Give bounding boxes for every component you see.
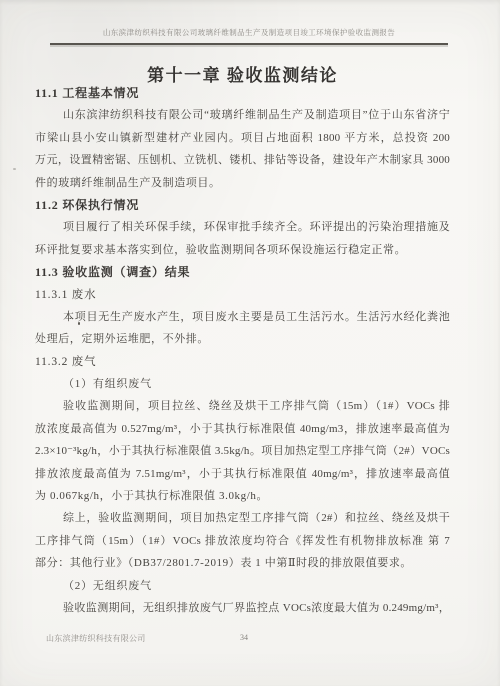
- paragraph-line: 为 0.067kg/h，小于其执行标准限值 3.0kg/h。: [35, 485, 450, 507]
- paragraph-line: 处理后，定期外运堆肥，不外排。: [35, 328, 450, 350]
- scan-speck: [78, 322, 80, 325]
- paragraph-line: 市梁山县小安山镇新型建材产业园内。项目占地面积 1800 平方米，总投资 200: [35, 127, 450, 149]
- paragraph-line: 验收监测期间，无组织排放废气厂界监控点 VOCs浓度最大值为 0.249mg/m…: [35, 597, 450, 619]
- scan-speck: [13, 168, 16, 170]
- section-heading-11-2: 11.2 环保执行情况: [35, 194, 450, 216]
- section-heading-11-1: 11.1 工程基本情况: [35, 82, 450, 104]
- paragraph-line: 件的玻璃纤维制品生产及制造项目。: [35, 172, 450, 194]
- header-rule: [50, 43, 448, 45]
- paragraph-line: 排放浓度最高值为 7.51mg/m³，小于其执行标准限值 40mg/m³，排放速…: [35, 463, 450, 485]
- paragraph-line: 放浓度最高值为 0.527mg/m³，小于其执行标准限值 40mg/m3，排放速…: [35, 418, 450, 440]
- list-item-unorganized-gas: （2）无组织废气: [35, 575, 450, 597]
- document-page: 山东滨津纺织科技有限公司玻璃纤维制品生产及制造项目竣工环境保护验收监测报告 第十…: [0, 0, 500, 686]
- section-heading-11-3: 11.3 验收监测（调查）结果: [35, 261, 450, 283]
- paragraph-line: 项目履行了相关环保手续，环保审批手续齐全。环评提出的污染治理措施及: [35, 216, 450, 238]
- list-item-organized-gas: （1）有组织废气: [35, 373, 450, 395]
- subsection-heading-11-3-1: 11.3.1 废水: [35, 284, 450, 306]
- footer-company: 山东滨津纺织科技有限公司: [46, 633, 146, 644]
- paragraph-line: 环评批复要求基本落实到位，验收监测期间各项环保设施运行稳定正常。: [35, 239, 450, 261]
- paragraph-line: 综上，验收监测期间，项目加热定型工序排气筒（2#）和拉丝、绕丝及烘干: [35, 507, 450, 529]
- running-header: 山东滨津纺织科技有限公司玻璃纤维制品生产及制造项目竣工环境保护验收监测报告: [50, 27, 448, 38]
- document-body: 11.1 工程基本情况 山东滨津纺织科技有限公司“玻璃纤维制品生产及制造项目”位…: [35, 82, 450, 619]
- paragraph-line: 山东滨津纺织科技有限公司“玻璃纤维制品生产及制造项目”位于山东省济宁: [35, 104, 450, 126]
- page-footer: 山东滨津纺织科技有限公司 34: [0, 633, 500, 649]
- page-number: 34: [240, 633, 248, 642]
- subsection-heading-11-3-2: 11.3.2 废气: [35, 351, 450, 373]
- paragraph-line: 部分：其他行业》（DB37/2801.7-2019）表 1 中第Ⅱ时段的排放限值…: [35, 552, 450, 574]
- paragraph-line: 工序排气筒（15m）（1#）VOCs 排放浓度均符合《挥发性有机物排放标准 第 …: [35, 530, 450, 552]
- paragraph-line: 2.3×10⁻³kg/h，小于其执行标准限值 3.5kg/h。项目加热定型工序排…: [35, 440, 450, 462]
- paragraph-line: 验收监测期间，项目拉丝、绕丝及烘干工序排气筒（15m）（1#）VOCs 排: [35, 395, 450, 417]
- paragraph-line: 本项目无生产废水产生，项目废水主要是员工生活污水。生活污水经化粪池: [35, 306, 450, 328]
- paragraph-line: 万元，设置精密锯、压刨机、立铣机、镂机、排钻等设备，建设年产木制家具 3000: [35, 149, 450, 171]
